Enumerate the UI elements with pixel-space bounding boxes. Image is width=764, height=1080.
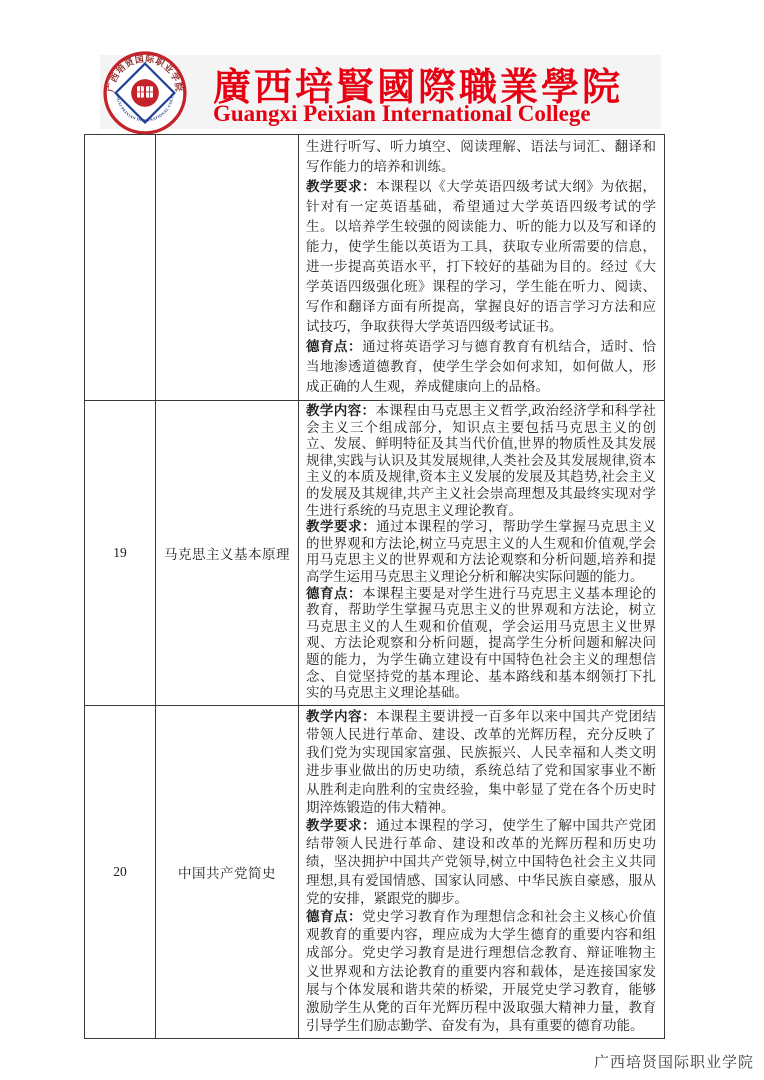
description-paragraph: 德育点：党史学习教育作为理想信念和社会主义核心价值观教育的重要内容，理应成为大学… <box>306 908 656 1035</box>
description-paragraph: 教学内容：本课程由马克思主义哲学,政治经济学和科学社会主义三个组成部分，知识点主… <box>306 403 656 519</box>
page-number: 9 <box>0 999 764 1015</box>
description-paragraph: 德育点：通过将英语学习与德育教育有机结合，适时、恰当地渗透道德教育，使学生学会如… <box>306 337 656 397</box>
course-number-cell <box>85 135 156 401</box>
paragraph-label: 教学内容： <box>306 403 375 418</box>
paragraph-text: 本课程以《大学英语四级考试大纲》为依据，针对有一定英语基础，希望通过大学英语四级… <box>306 179 656 334</box>
paragraph-label: 德育点： <box>306 339 362 354</box>
description-paragraph: 教学要求：通过本课程的学习，帮助学生掌握马克思主义的世界观和方法论,树立马克思主… <box>306 519 656 585</box>
course-number-cell: 19 <box>85 401 156 706</box>
college-logo: 广西培贤国际职业学院 GUANGXI PEIXIAN INTERNATIONAL… <box>103 51 187 135</box>
paragraph-label: 教学内容： <box>306 709 376 724</box>
paragraph-label: 德育点： <box>306 586 362 601</box>
course-number-cell: 20 <box>85 705 156 1039</box>
seal-center-circle <box>131 79 159 107</box>
paragraph-label: 教学要求： <box>306 519 376 534</box>
description-paragraph: 教学内容：本课程主要讲授一百多年以来中国共产党团结带领人民进行革命、建设、改革的… <box>306 708 656 817</box>
paragraph-text: 本课程主要讲授一百多年以来中国共产党团结带领人民进行革命、建设、改革的光辉历程，… <box>306 709 656 815</box>
description-paragraph: 教学要求：本课程以《大学英语四级考试大纲》为依据，针对有一定英语基础，希望通过大… <box>306 177 656 337</box>
paragraph-text: 生进行听写、听力填空、阅读理解、语法与词汇、翻译和写作能力的培养和训练。 <box>306 139 656 174</box>
course-table-body: 生进行听写、听力填空、阅读理解、语法与词汇、翻译和写作能力的培养和训练。教学要求… <box>85 135 665 1039</box>
paragraph-text: 本课程由马克思主义哲学,政治经济学和科学社会主义三个组成部分，知识点主要包括马克… <box>306 403 656 518</box>
course-name-cell: 中国共产党简史 <box>156 705 299 1039</box>
college-name-en: Guangxi Peixian International College <box>213 101 663 127</box>
table-row: 20中国共产党简史教学内容：本课程主要讲授一百多年以来中国共产党团结带领人民进行… <box>85 705 665 1039</box>
description-paragraph: 生进行听写、听力填空、阅读理解、语法与词汇、翻译和写作能力的培养和训练。 <box>306 137 656 177</box>
paragraph-label: 德育点： <box>306 909 362 924</box>
description-paragraph: 教学要求：通过本课程的学习，使学生了解中国共产党团结带领人民进行革命、建设和改革… <box>306 817 656 908</box>
description-paragraph: 德育点：本课程主要是对学生进行马克思主义基本理论的教育，帮助学生掌握马克思主义的… <box>306 586 656 702</box>
course-name-cell: 马克思主义基本原理 <box>156 401 299 706</box>
college-seal-icon: 广西培贤国际职业学院 GUANGXI PEIXIAN INTERNATIONAL… <box>103 51 187 135</box>
course-description-cell: 教学内容：本课程由马克思主义哲学,政治经济学和科学社会主义三个组成部分，知识点主… <box>299 401 665 706</box>
paragraph-label: 教学要求： <box>306 818 376 833</box>
table-row: 19马克思主义基本原理教学内容：本课程由马克思主义哲学,政治经济学和科学社会主义… <box>85 401 665 706</box>
paragraph-text: 本课程主要是对学生进行马克思主义基本理论的教育，帮助学生掌握马克思主义的世界观和… <box>306 586 656 701</box>
paragraph-label: 教学要求： <box>306 179 376 194</box>
course-description-cell: 生进行听写、听力填空、阅读理解、语法与词汇、翻译和写作能力的培养和训练。教学要求… <box>299 135 665 401</box>
footer-college-name: 广西培贤国际职业学院 <box>594 1051 754 1072</box>
course-table: 生进行听写、听力填空、阅读理解、语法与词汇、翻译和写作能力的培养和训练。教学要求… <box>84 134 665 1039</box>
table-row: 生进行听写、听力填空、阅读理解、语法与词汇、翻译和写作能力的培养和训练。教学要求… <box>85 135 665 401</box>
course-description-cell: 教学内容：本课程主要讲授一百多年以来中国共产党团结带领人民进行革命、建设、改革的… <box>299 705 665 1039</box>
course-name-cell <box>156 135 299 401</box>
